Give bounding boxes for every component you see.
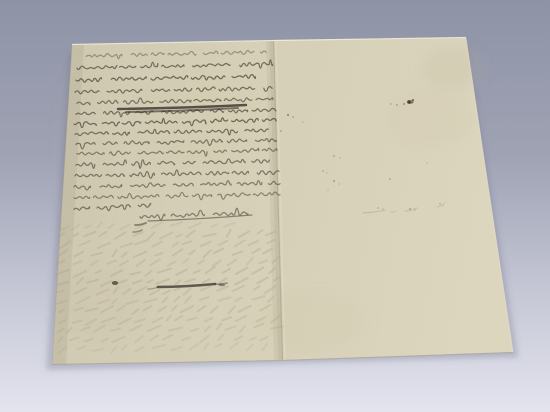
photo-of-handwritten-letter (0, 0, 550, 412)
letter-photo-canvas (0, 0, 550, 412)
